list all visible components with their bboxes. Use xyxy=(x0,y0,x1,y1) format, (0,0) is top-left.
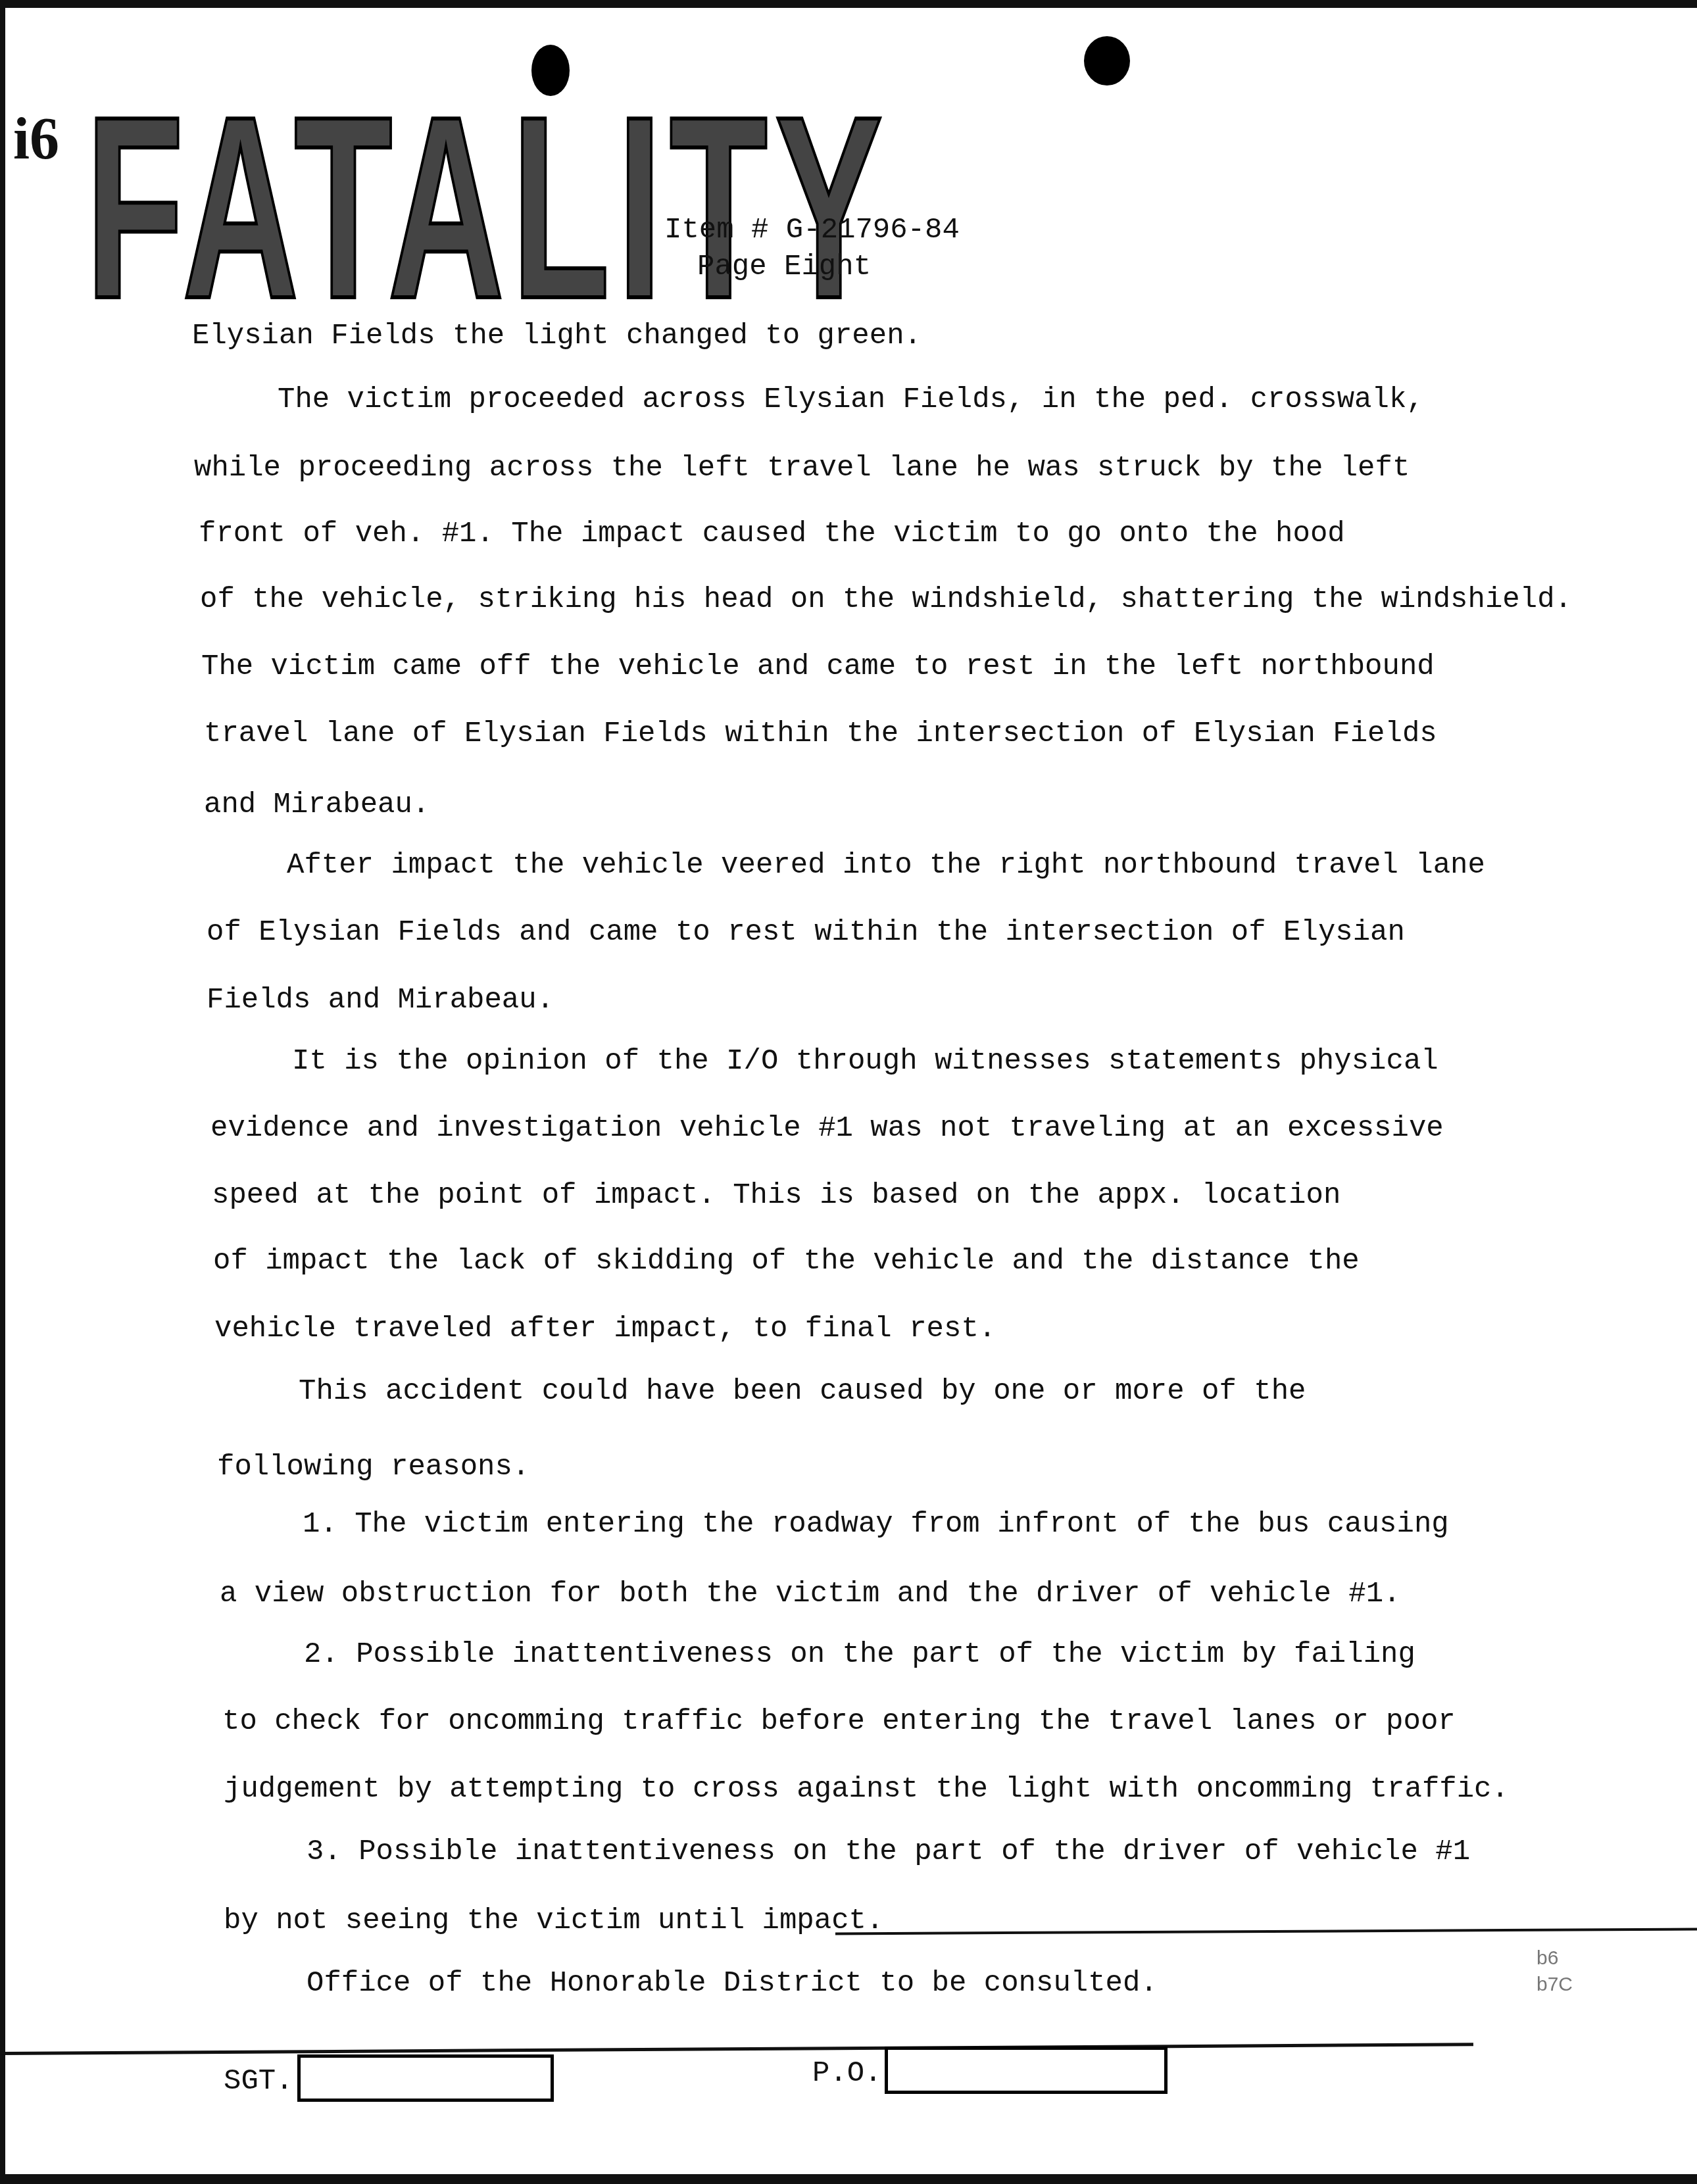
signature-line xyxy=(0,2043,1473,2055)
punch-hole-right xyxy=(1084,36,1130,85)
body-line: evidence and investigation vehicle #1 wa… xyxy=(210,1111,1444,1146)
body-line: a view obstruction for both the victim a… xyxy=(220,1577,1401,1611)
body-line: speed at the point of impact. This is ba… xyxy=(212,1178,1340,1213)
body-line: of impact the lack of skidding of the ve… xyxy=(213,1244,1360,1278)
body-line: The victim proceeded across Elysian Fiel… xyxy=(278,383,1424,417)
body-line: while proceeding across the left travel … xyxy=(194,451,1410,485)
exemption-code-b6: b6 xyxy=(1537,1947,1558,1970)
body-line: This accident could have been caused by … xyxy=(299,1374,1306,1409)
body-line: It is the opinion of the I/O through wit… xyxy=(292,1044,1439,1079)
body-line: of the vehicle, striking his head on the… xyxy=(200,583,1572,617)
body-line: by not seeing the victim until impact. xyxy=(224,1904,883,1938)
po-redaction-box xyxy=(885,2047,1168,2094)
body-line: Fields and Mirabeau. xyxy=(207,983,554,1017)
item-number: Item # G-21796-84 xyxy=(664,212,960,249)
body-line: 3. Possible inattentiveness on the part … xyxy=(307,1835,1470,1869)
scan-edge-top xyxy=(0,0,1697,8)
document-page: i6 FATALITY Item # G-21796-84 Page Eight… xyxy=(0,0,1697,2184)
body-line: to check for oncomming traffic before en… xyxy=(222,1705,1456,1739)
body-line: 1. The victim entering the roadway from … xyxy=(303,1507,1449,1541)
exemption-code-b7c: b7C xyxy=(1537,1973,1573,1997)
body-line: Elysian Fields the light changed to gree… xyxy=(192,319,922,353)
body-line: After impact the vehicle veered into the… xyxy=(287,848,1485,883)
sgt-redaction-box xyxy=(297,2054,554,2102)
body-line: travel lane of Elysian Fields within the… xyxy=(204,717,1437,751)
scan-edge-left xyxy=(0,0,5,2184)
underline-rule xyxy=(835,1928,1697,1935)
body-line: vehicle traveled after impact, to final … xyxy=(214,1312,996,1346)
item-header: Item # G-21796-84 Page Eight xyxy=(664,212,960,285)
body-line: 2. Possible inattentiveness on the part … xyxy=(304,1638,1415,1672)
body-line: following reasons. xyxy=(217,1450,529,1484)
body-line: front of veh. #1. The impact caused the … xyxy=(199,517,1345,551)
body-line: and Mirabeau. xyxy=(204,788,430,822)
po-label: P.O. xyxy=(812,2057,882,2090)
scan-edge-bottom xyxy=(0,2174,1697,2184)
body-line: judgement by attempting to cross against… xyxy=(224,1772,1509,1807)
body-line: Office of the Honorable District to be c… xyxy=(307,1966,1158,2001)
stamp-prefix: i6 xyxy=(13,105,59,173)
page-number: Page Eight xyxy=(664,249,960,285)
sgt-label: SGT. xyxy=(224,2065,293,2098)
body-line: The victim came off the vehicle and came… xyxy=(201,650,1435,684)
body-line: of Elysian Fields and came to rest withi… xyxy=(207,915,1405,950)
